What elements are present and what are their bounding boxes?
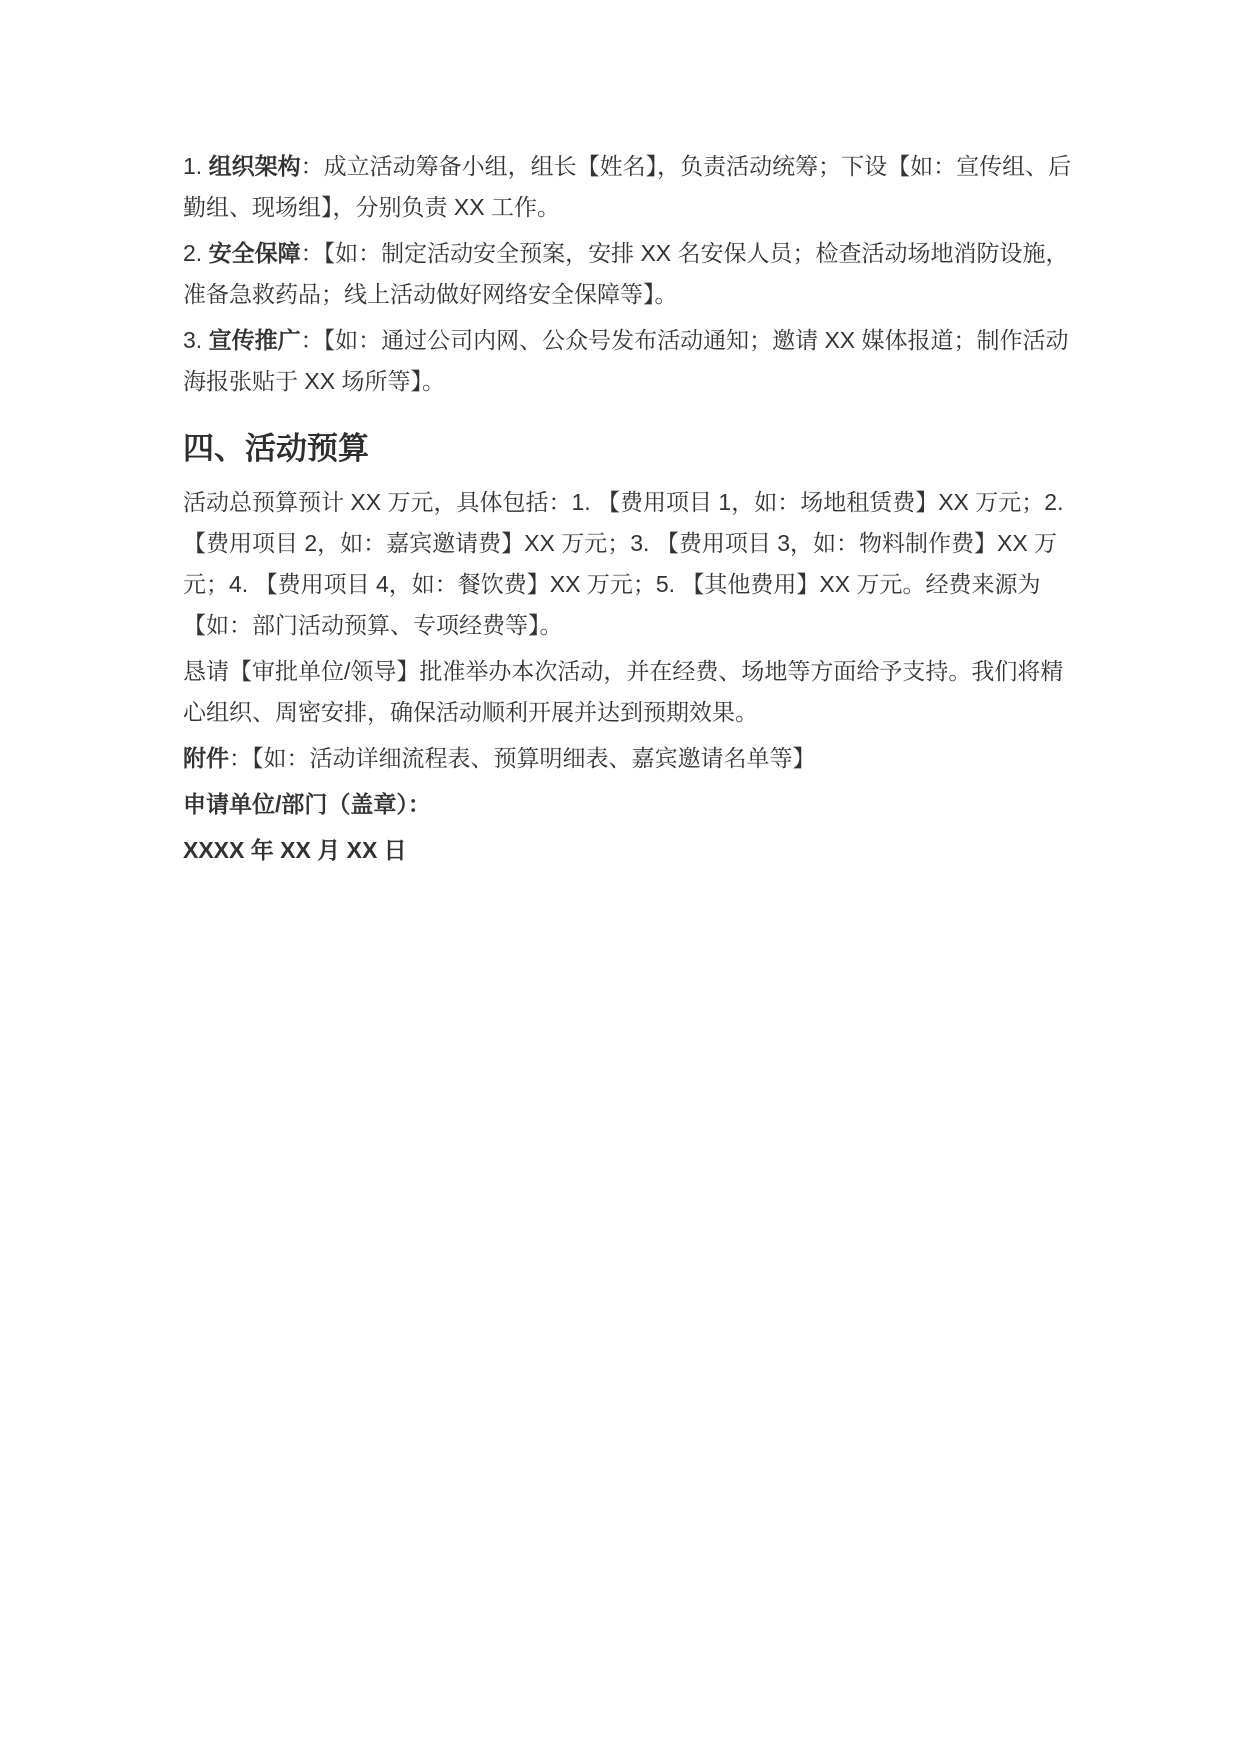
date-line: XXXX 年 XX 月 XX 日	[183, 830, 1075, 871]
list-text-promotion: ：【如：通过公司内网、公众号发布活动通知；邀请 XX 媒体报道；制作活动海报张贴…	[183, 327, 1069, 394]
attachment-label: 附件	[183, 745, 229, 771]
paragraph-approval-request: 恳请【审批单位/领导】批准举办本次活动，并在经费、场地等方面给予支持。我们将精心…	[183, 651, 1075, 733]
list-text-safety: ：【如：制定活动安全预案，安排 XX 名安保人员；检查活动场地消防设施，准备急救…	[183, 240, 1069, 307]
list-number: 3.	[183, 327, 209, 353]
paragraph-promotion: 3. 宣传推广：【如：通过公司内网、公众号发布活动通知；邀请 XX 媒体报道；制…	[183, 320, 1075, 402]
document-page: 1. 组织架构：成立活动筹备小组，组长【姓名】，负责活动统筹；下设【如：宣传组、…	[0, 0, 1241, 1755]
section-heading-budget: 四、活动预算	[183, 426, 1075, 472]
list-label-safety: 安全保障	[209, 240, 301, 266]
paragraph-budget-detail: 活动总预算预计 XX 万元，具体包括：1. 【费用项目 1，如：场地租赁费】XX…	[183, 482, 1075, 646]
document-content: 1. 组织架构：成立活动筹备小组，组长【姓名】，负责活动统筹；下设【如：宣传组、…	[183, 146, 1075, 876]
list-number: 2.	[183, 240, 209, 266]
paragraph-attachment: 附件：【如：活动详细流程表、预算明细表、嘉宾邀请名单等】	[183, 738, 1075, 779]
attachment-text: ：【如：活动详细流程表、预算明细表、嘉宾邀请名单等】	[229, 745, 816, 771]
list-number: 1.	[183, 153, 209, 179]
list-label-promotion: 宣传推广	[209, 327, 301, 353]
list-text-organization: ：成立活动筹备小组，组长【姓名】，负责活动统筹；下设【如：宣传组、后勤组、现场组…	[183, 153, 1071, 220]
paragraph-safety: 2. 安全保障：【如：制定活动安全预案，安排 XX 名安保人员；检查活动场地消防…	[183, 233, 1075, 315]
paragraph-organization: 1. 组织架构：成立活动筹备小组，组长【姓名】，负责活动统筹；下设【如：宣传组、…	[183, 146, 1075, 228]
signature-line: 申请单位/部门（盖章）：	[183, 784, 1075, 825]
list-label-organization: 组织架构	[209, 153, 301, 179]
